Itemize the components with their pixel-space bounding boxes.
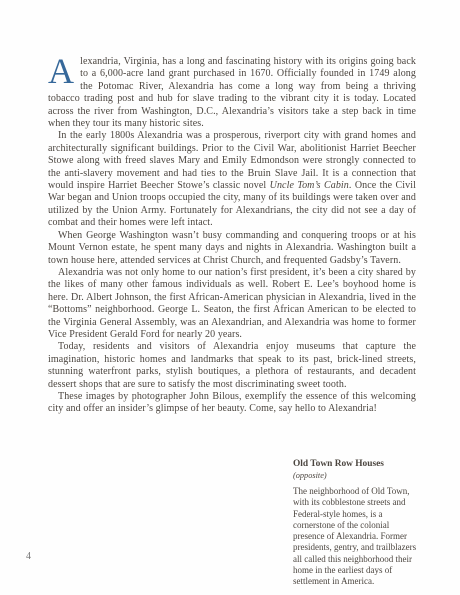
caption-annotation: (opposite) (293, 471, 327, 480)
paragraph-1-text: lexandria, Virginia, has a long and fasc… (48, 56, 416, 129)
caption-title-line: Old Town Row Houses (opposite) (293, 459, 417, 482)
caption-title: Old Town Row Houses (293, 459, 384, 469)
paragraph-1: Alexandria, Virginia, has a long and fas… (48, 56, 416, 130)
paragraph-2: In the early 1800s Alexandria was a pros… (48, 130, 416, 229)
article-text: Alexandria, Virginia, has a long and fas… (48, 56, 416, 416)
paragraph-3: When George Washington wasn’t busy comma… (48, 230, 416, 267)
book-page: Alexandria, Virginia, has a long and fas… (0, 0, 460, 595)
caption-body: The neighborhood of Old Town, with its c… (293, 486, 417, 588)
book-title-italic: Uncle Tom’s Cabin (270, 180, 349, 191)
drop-cap: A (48, 56, 80, 84)
photo-caption: Old Town Row Houses (opposite) The neigh… (293, 459, 417, 588)
paragraph-6: These images by photographer John Bilous… (48, 391, 416, 416)
paragraph-4: Alexandria was not only home to our nati… (48, 267, 416, 341)
paragraph-5: Today, residents and visitors of Alexand… (48, 341, 416, 391)
page-number: 4 (26, 551, 31, 562)
